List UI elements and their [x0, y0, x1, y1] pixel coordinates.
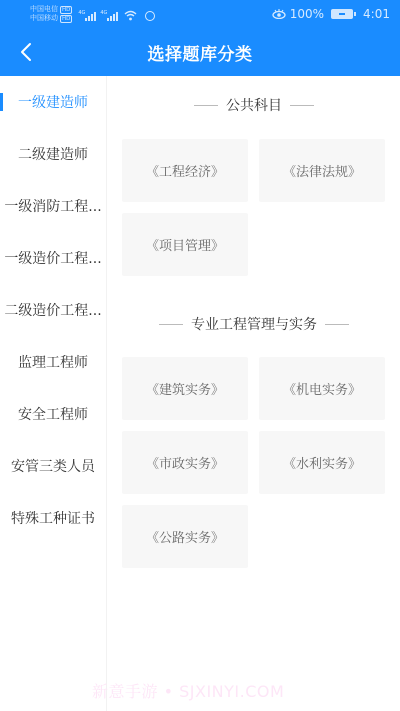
subject-card-xiangmu-guanli[interactable]: 《项目管理》 — [122, 213, 248, 276]
subject-card-gongcheng-jingji[interactable]: 《工程经济》 — [122, 139, 248, 202]
wifi-icon — [124, 10, 137, 21]
section-title-professional: 专业工程管理与实务 — [108, 314, 400, 334]
chevron-left-icon — [20, 42, 32, 62]
clock: 4:01 — [363, 7, 390, 21]
subject-card-label: 《项目管理》 — [146, 235, 224, 254]
sidebar-item-label: 二级造价工程... — [4, 300, 101, 320]
category-sidebar: 一级建造师 二级建造师 一级消防工程... 一级造价工程... 二级造价工程..… — [0, 76, 107, 711]
carrier-1: 中国电信 HD — [30, 5, 72, 14]
subject-card-gonglu[interactable]: 《公路实务》 — [122, 505, 248, 568]
sidebar-item-label: 监理工程师 — [18, 352, 88, 372]
sidebar-item-label: 一级消防工程... — [4, 196, 101, 216]
carrier-2-name: 中国移动 — [30, 14, 58, 23]
section-title-text: 公共科目 — [226, 95, 282, 115]
watermark: 新意手游 • SJXINYI.COM — [92, 679, 284, 702]
divider-line — [325, 324, 349, 325]
network-type-label: 4G — [78, 10, 85, 16]
network-type-label: 4G — [100, 10, 107, 16]
subject-card-jianzhu[interactable]: 《建筑实务》 — [122, 357, 248, 420]
subject-content: 公共科目 《工程经济》 《法律法规》 《项目管理》 专业工程管理与实务 《建筑实… — [108, 76, 400, 711]
public-subject-grid: 《工程经济》 《法律法规》 《项目管理》 — [122, 139, 386, 276]
subject-card-label: 《法律法规》 — [283, 161, 361, 180]
section-title-public: 公共科目 — [108, 95, 400, 115]
professional-subject-grid: 《建筑实务》 《机电实务》 《市政实务》 《水利实务》 《公路实务》 — [122, 357, 386, 568]
hd-badge: HD — [60, 15, 72, 23]
notification-icon — [145, 11, 155, 21]
sidebar-item-anquan[interactable]: 安全工程师 — [0, 388, 106, 440]
subject-card-falv-fagui[interactable]: 《法律法规》 — [259, 139, 385, 202]
status-right: 100% 4:01 — [272, 7, 390, 21]
status-bar: 中国电信 HD 中国移动 HD 4G 4G 100% 4: — [0, 0, 400, 28]
signal-indicators: 4G 4G — [78, 7, 155, 21]
sidebar-item-label: 二级建造师 — [18, 144, 88, 164]
subject-card-shizheng[interactable]: 《市政实务》 — [122, 431, 248, 494]
carrier-2: 中国移动 HD — [30, 14, 72, 23]
subject-card-shuili[interactable]: 《水利实务》 — [259, 431, 385, 494]
subject-card-label: 《工程经济》 — [146, 161, 224, 180]
subject-card-label: 《公路实务》 — [146, 527, 224, 546]
subject-card-label: 《市政实务》 — [146, 453, 224, 472]
carrier-info: 中国电信 HD 中国移动 HD — [30, 5, 72, 23]
sidebar-item-label: 一级建造师 — [18, 92, 88, 112]
signal-icon: 4G — [78, 12, 96, 21]
page-title: 选择题库分类 — [148, 40, 253, 65]
hd-badge: HD — [60, 6, 72, 14]
sidebar-item-yiji-zaojia[interactable]: 一级造价工程... — [0, 232, 106, 284]
sidebar-item-anguan[interactable]: 安管三类人员 — [0, 440, 106, 492]
signal-icon: 4G — [100, 12, 118, 21]
subject-card-label: 《水利实务》 — [283, 453, 361, 472]
battery-icon — [331, 9, 353, 19]
subject-card-label: 《建筑实务》 — [146, 379, 224, 398]
sidebar-item-teshu-gongzhong[interactable]: 特殊工种证书 — [0, 492, 106, 544]
sidebar-item-label: 安全工程师 — [18, 404, 88, 424]
divider-line — [194, 105, 218, 106]
sidebar-item-label: 特殊工种证书 — [11, 508, 95, 528]
sidebar-item-yiji-jianzaoshi[interactable]: 一级建造师 — [0, 76, 106, 128]
app-header: 选择题库分类 — [0, 28, 400, 76]
divider-line — [159, 324, 183, 325]
section-title-text: 专业工程管理与实务 — [191, 314, 317, 334]
eye-comfort-icon — [272, 9, 286, 19]
subject-card-label: 《机电实务》 — [283, 379, 361, 398]
sidebar-item-erji-zaojia[interactable]: 二级造价工程... — [0, 284, 106, 336]
carrier-1-name: 中国电信 — [30, 5, 58, 14]
subject-card-jidian[interactable]: 《机电实务》 — [259, 357, 385, 420]
sidebar-item-label: 一级造价工程... — [4, 248, 101, 268]
sidebar-item-yiji-xiaofang[interactable]: 一级消防工程... — [0, 180, 106, 232]
sidebar-item-label: 安管三类人员 — [11, 456, 95, 476]
battery-percent: 100% — [290, 7, 324, 21]
sidebar-item-erji-jianzaoshi[interactable]: 二级建造师 — [0, 128, 106, 180]
sidebar-item-jianli[interactable]: 监理工程师 — [0, 336, 106, 388]
divider-line — [290, 105, 314, 106]
back-button[interactable] — [12, 38, 40, 66]
